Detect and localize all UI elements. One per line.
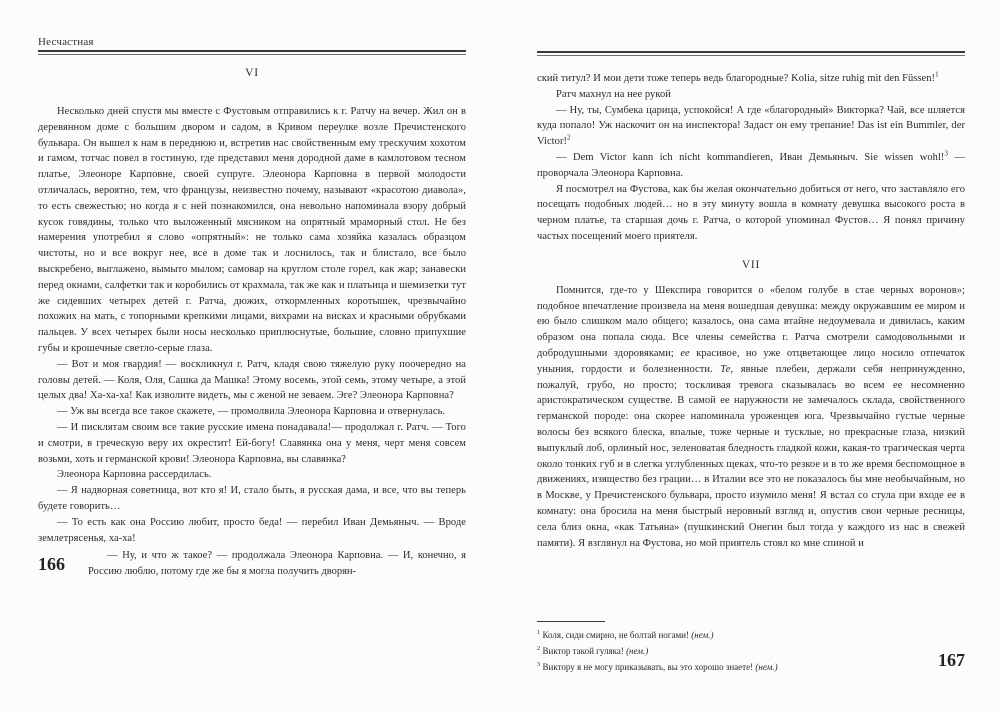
text-segment: — Вот и моя гвардия! — воскликнул г. Рат… [38, 359, 466, 402]
paragraph: — Ну, ты, Сумбека царица, успокойся! А г… [537, 103, 965, 150]
chapter-heading-vi: VI [38, 67, 466, 79]
text-segment: — Dem Victor kann ich nicht kommandieren… [556, 152, 944, 163]
right-page: ский титул? И мои дети тоже теперь ведь … [537, 30, 965, 692]
text-segment: Те [720, 364, 730, 375]
paragraph: — И писклятам своим все такие русские им… [38, 420, 466, 467]
footnote-separator [537, 621, 605, 622]
book-spread: Несчастная VI Несколько дней спустя мы в… [0, 0, 1000, 712]
text-segment: — Ну, ты, Сумбека царица, успокойся! А г… [537, 105, 965, 148]
text-segment: — Уж вы всегда все такое скажете, — пром… [57, 406, 445, 417]
text-segment: ский титул? И мои дети тоже теперь ведь … [537, 73, 935, 84]
text-segment: Несколько дней спустя мы вместе с Фустов… [38, 106, 466, 354]
chapter-heading-vii: VII [537, 259, 965, 271]
footnote-block: 1 Коля, сиди смирно, не болтай ногами! (… [537, 621, 965, 676]
left-page-bottom-fragment: — Ну, и что ж такое? — продолжала Элеоно… [88, 548, 466, 580]
text-segment: (нем.) [755, 662, 777, 672]
paragraph: Элеонора Карповна рассердилась. [38, 467, 466, 483]
paragraph: — То есть как она Россию любит, просто б… [38, 515, 466, 547]
text-segment: ее [680, 348, 689, 359]
text-segment: — Я надворная советница, вот кто я! И, с… [38, 485, 466, 512]
footnote-marker: 1 [935, 71, 939, 79]
footnote-marker: 2 [567, 134, 571, 142]
footnotes: 1 Коля, сиди смирно, не болтай ногами! (… [537, 627, 965, 676]
text-segment: Ратч махнул на нее рукой [556, 89, 671, 100]
text-segment: Коля, сиди смирно, не болтай ногами! [540, 630, 691, 640]
text-segment: Виктору я не могу приказывать, вы это хо… [540, 662, 755, 672]
paragraph: — Уж вы всегда все такое скажете, — пром… [38, 404, 466, 420]
paragraph: Помнится, где-то у Шекспира говорится о … [537, 283, 965, 552]
paragraph: Я посмотрел на Фустова, как бы желая око… [537, 182, 965, 245]
text-segment: (нем.) [691, 630, 713, 640]
paragraph: 1 Коля, сиди смирно, не болтай ногами! (… [537, 627, 965, 643]
right-page-text-vi: ский титул? И мои дети тоже теперь ведь … [537, 71, 965, 245]
right-page-text-vii: Помнится, где-то у Шекспира говорится о … [537, 283, 965, 552]
running-head: Несчастная [38, 30, 466, 48]
left-page-footer: 166 — Ну, и что ж такое? — продолжала Эл… [38, 548, 466, 580]
text-segment: Виктор такой гуляка! [540, 646, 626, 656]
text-segment: — И писклятам своим все такие русские им… [38, 422, 466, 465]
text-segment: (нем.) [626, 646, 648, 656]
header-rule-left [38, 50, 466, 55]
left-page: Несчастная VI Несколько дней спустя мы в… [38, 30, 466, 692]
page-number-right: 167 [938, 650, 965, 671]
header-rule-right [537, 51, 965, 56]
paragraph: — Dem Victor kann ich nicht kommandieren… [537, 150, 965, 182]
text-segment: — Ну, и что ж такое? — продолжала Элеоно… [88, 550, 466, 577]
left-page-text: Несколько дней спустя мы вместе с Фустов… [38, 104, 466, 546]
paragraph: — Я надворная советница, вот кто я! И, с… [38, 483, 466, 515]
text-segment: Элеонора Карповна рассердилась. [57, 469, 211, 480]
paragraph: Несколько дней спустя мы вместе с Фустов… [38, 104, 466, 357]
page-number-left: 166 [38, 554, 88, 575]
paragraph: 2 Виктор такой гуляка! (нем.) [537, 643, 965, 659]
paragraph: — Ну, и что ж такое? — продолжала Элеоно… [88, 548, 466, 580]
text-segment: Я посмотрел на Фустова, как бы желая око… [537, 184, 965, 242]
paragraph: Ратч махнул на нее рукой [537, 87, 965, 103]
text-segment: — То есть как она Россию любит, просто б… [38, 517, 466, 544]
paragraph: ский титул? И мои дети тоже теперь ведь … [537, 71, 965, 87]
paragraph: — Вот и моя гвардия! — воскликнул г. Рат… [38, 357, 466, 404]
paragraph: 3 Виктору я не могу приказывать, вы это … [537, 659, 965, 675]
text-segment: , явные плебеи, держали себя непринужден… [537, 364, 965, 549]
